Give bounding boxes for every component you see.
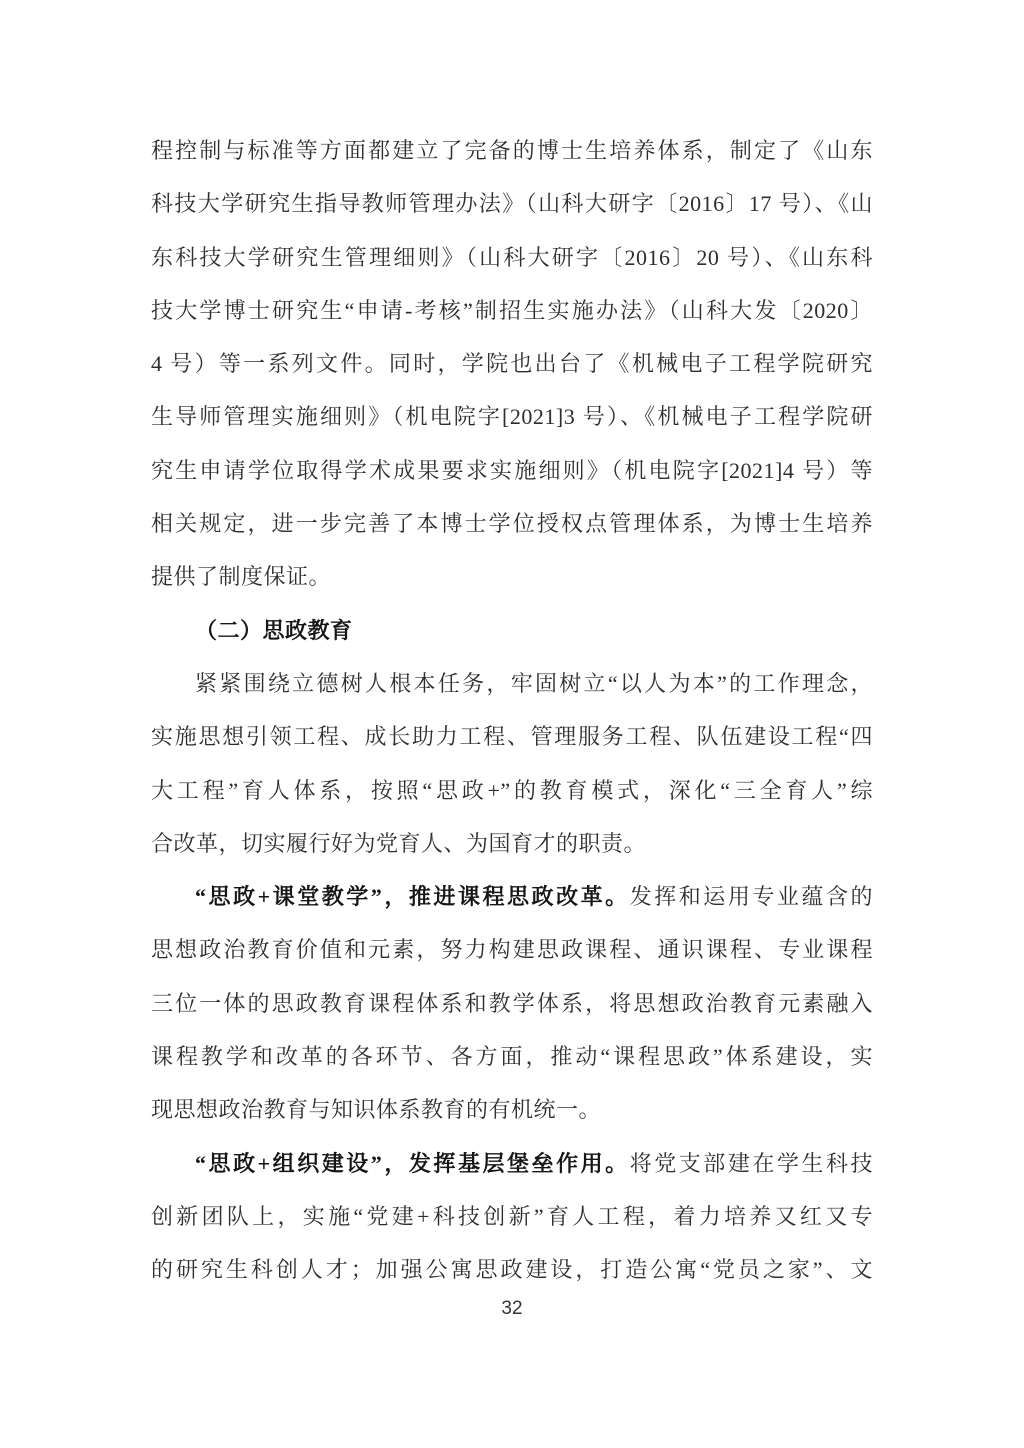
text-line: “思政+课堂教学”，推进课程思政改革。发挥和运用专业蕴含的	[151, 870, 873, 923]
text-line: 提供了制度保证。	[151, 550, 873, 603]
text-line: 科技大学研究生指导教师管理办法》（山科大研字〔2016〕17 号）、《山	[151, 177, 873, 230]
text-segment: 究生申请学位取得学术成果要求实施细则》（机电院字[2021]4 号）等	[151, 458, 873, 483]
text-line: 的研究生科创人才；加强公寓思政建设，打造公寓“党员之家”、文	[151, 1243, 873, 1296]
text-segment: 大工程”育人体系，按照“思政+”的教育模式，深化“三全育人”综	[151, 778, 873, 803]
text-segment: 紧紧围绕立德树人根本任务，牢固树立“以人为本”的工作理念，	[195, 671, 873, 696]
text-line: “思政+组织建设”，发挥基层堡垒作用。将党支部建在学生科技	[151, 1137, 873, 1190]
text-line: 4 号）等一系列文件。同时，学院也出台了《机械电子工程学院研究	[151, 337, 873, 390]
text-segment: 程控制与标准等方面都建立了完备的博士生培养体系，制定了《山东	[151, 138, 873, 163]
text-line: 课程教学和改革的各环节、各方面，推动“课程思政”体系建设，实	[151, 1030, 873, 1083]
text-segment: 发挥和运用专业蕴含的	[630, 884, 873, 909]
text-segment: 创新团队上，实施“党建+科技创新”育人工程，着力培养又红又专	[151, 1204, 873, 1229]
bold-text-segment: “思政+组织建设”，发挥基层堡垒作用。	[195, 1151, 630, 1176]
page-footer: 32	[0, 1298, 1024, 1320]
text-segment: 4 号）等一系列文件。同时，学院也出台了《机械电子工程学院研究	[151, 351, 873, 376]
text-segment: 合改革，切实履行好为党育人、为国育才的职责。	[151, 831, 646, 856]
text-line: 实施思想引领工程、成长助力工程、管理服务工程、队伍建设工程“四	[151, 710, 873, 763]
text-segment: 相关规定，进一步完善了本博士学位授权点管理体系，为博士生培养	[151, 511, 873, 536]
text-line: 现思想政治教育与知识体系教育的有机统一。	[151, 1083, 873, 1136]
document-body: 程控制与标准等方面都建立了完备的博士生培养体系，制定了《山东科技大学研究生指导教…	[151, 124, 873, 1297]
document-page: 程控制与标准等方面都建立了完备的博士生培养体系，制定了《山东科技大学研究生指导教…	[0, 0, 1024, 1448]
text-line: 东科技大学研究生管理细则》（山科大研字〔2016〕20 号）、《山东科	[151, 231, 873, 284]
text-line: 三位一体的思政教育课程体系和教学体系，将思想政治教育元素融入	[151, 977, 873, 1030]
text-segment: 课程教学和改革的各环节、各方面，推动“课程思政”体系建设，实	[151, 1044, 873, 1069]
page-number: 32	[501, 1298, 522, 1319]
text-line: 生导师管理实施细则》（机电院字[2021]3 号）、《机械电子工程学院研	[151, 390, 873, 443]
text-segment: 思想政治教育价值和元素，努力构建思政课程、通识课程、专业课程	[151, 937, 873, 962]
text-segment: 科技大学研究生指导教师管理办法》（山科大研字〔2016〕17 号）、《山	[151, 191, 873, 216]
text-segment: 实施思想引领工程、成长助力工程、管理服务工程、队伍建设工程“四	[151, 724, 873, 749]
text-line: 相关规定，进一步完善了本博士学位授权点管理体系，为博士生培养	[151, 497, 873, 550]
text-line: 紧紧围绕立德树人根本任务，牢固树立“以人为本”的工作理念，	[151, 657, 873, 710]
text-line: 技大学博士研究生“申请-考核”制招生实施办法》（山科大发〔2020〕	[151, 284, 873, 337]
text-line: 究生申请学位取得学术成果要求实施细则》（机电院字[2021]4 号）等	[151, 444, 873, 497]
text-segment: 现思想政治教育与知识体系教育的有机统一。	[151, 1097, 601, 1122]
section-heading: （二）思政教育	[151, 604, 873, 657]
text-line: 合改革，切实履行好为党育人、为国育才的职责。	[151, 817, 873, 870]
text-segment: 提供了制度保证。	[151, 564, 331, 589]
text-segment: 将党支部建在学生科技	[630, 1151, 873, 1176]
text-line: 创新团队上，实施“党建+科技创新”育人工程，着力培养又红又专	[151, 1190, 873, 1243]
text-segment: 东科技大学研究生管理细则》（山科大研字〔2016〕20 号）、《山东科	[151, 245, 873, 270]
text-line: 程控制与标准等方面都建立了完备的博士生培养体系，制定了《山东	[151, 124, 873, 177]
text-segment: 的研究生科创人才；加强公寓思政建设，打造公寓“党员之家”、文	[151, 1257, 873, 1282]
text-segment: 生导师管理实施细则》（机电院字[2021]3 号）、《机械电子工程学院研	[151, 404, 873, 429]
text-line: 思想政治教育价值和元素，努力构建思政课程、通识课程、专业课程	[151, 923, 873, 976]
text-segment: 技大学博士研究生“申请-考核”制招生实施办法》（山科大发〔2020〕	[151, 298, 873, 323]
bold-text-segment: “思政+课堂教学”，推进课程思政改革。	[195, 884, 630, 909]
text-line: 大工程”育人体系，按照“思政+”的教育模式，深化“三全育人”综	[151, 764, 873, 817]
text-segment: 三位一体的思政教育课程体系和教学体系，将思想政治教育元素融入	[151, 991, 873, 1016]
